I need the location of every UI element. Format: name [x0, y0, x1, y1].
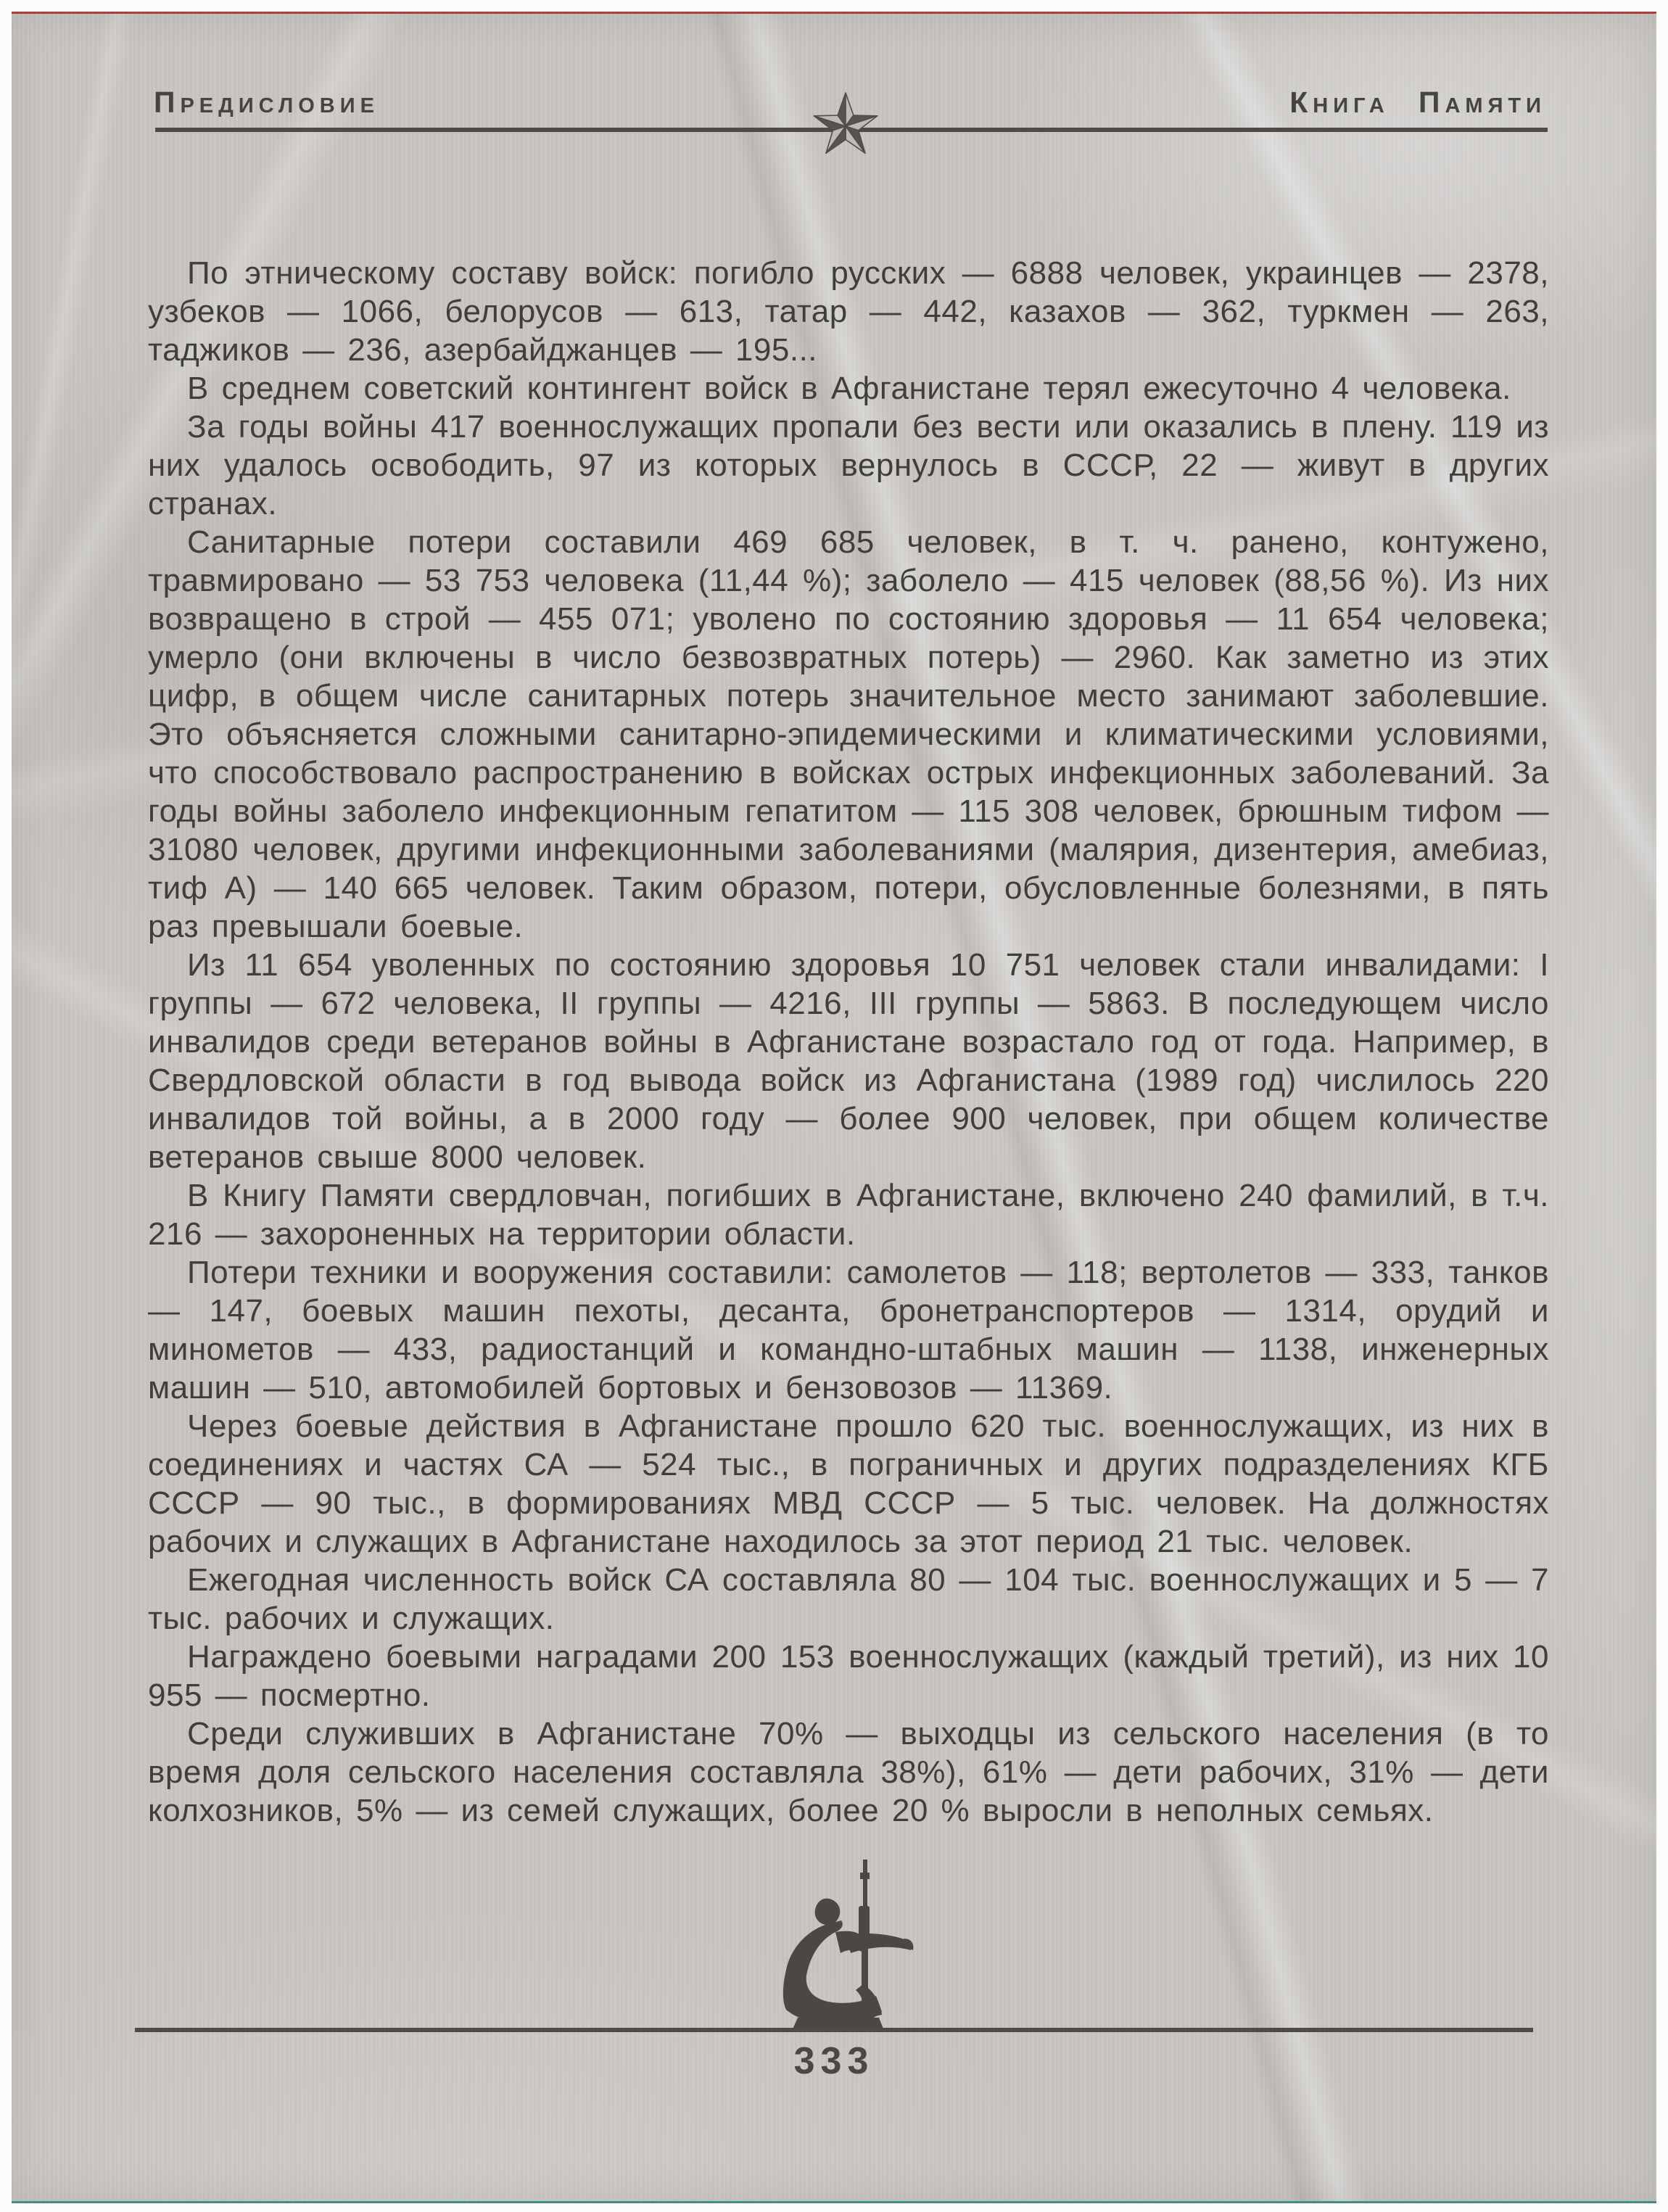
- scanned-book-page: Предисловие Книга Памяти По этническому …: [0, 0, 1668, 2212]
- footer-rule: [135, 2028, 1533, 2032]
- article-body: По этническому составу войск: погибло ру…: [148, 254, 1549, 1830]
- paragraph: Среди служивших в Афганистане 70% — выхо…: [148, 1714, 1549, 1830]
- paragraph: Ежегодная численность войск СА составлял…: [148, 1561, 1549, 1638]
- paragraph: Потери техники и вооружения составили: с…: [148, 1253, 1549, 1407]
- paragraph: В Книгу Памяти свердловчан, погибших в А…: [148, 1176, 1549, 1253]
- star-ornament-icon: [811, 90, 880, 161]
- kneeling-soldier-illustration: [754, 1854, 928, 2032]
- paragraph: Через боевые действия в Афганистане прош…: [148, 1407, 1549, 1561]
- paragraph: За годы войны 417 военнослужащих пропали…: [148, 408, 1549, 523]
- paragraph: Из 11 654 уволенных по состоянию здоровь…: [148, 946, 1549, 1176]
- paragraph: В среднем советский контингент войск в А…: [148, 369, 1549, 408]
- running-header-right: Книга Памяти: [1289, 86, 1546, 120]
- page-number: 333: [0, 2039, 1668, 2083]
- paragraph: Награждено боевыми наградами 200 153 вое…: [148, 1638, 1549, 1714]
- paragraph: Санитарные потери составили 469 685 чело…: [148, 523, 1549, 946]
- running-header-left: Предисловие: [154, 86, 379, 120]
- paragraph: По этническому составу войск: погибло ру…: [148, 254, 1549, 369]
